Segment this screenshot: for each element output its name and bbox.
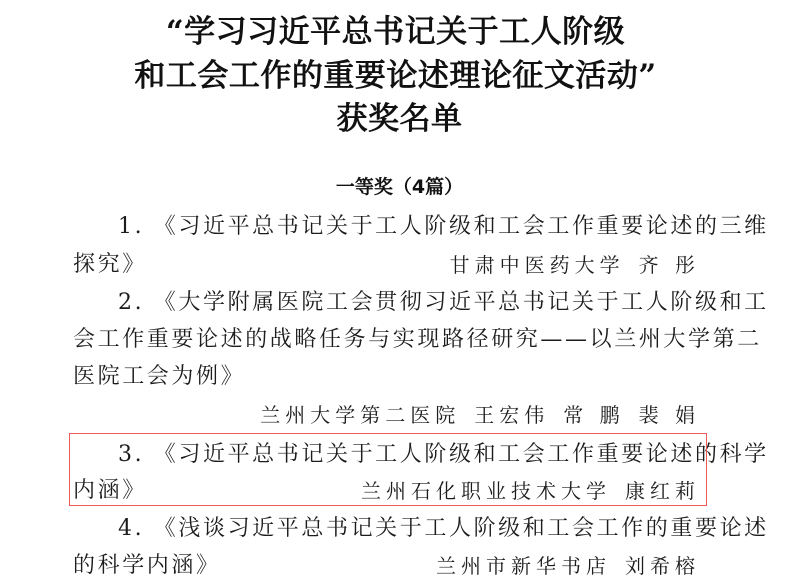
entry-author-line: 兰州大学第二医院王宏伟常 鹏裴 娟 [260,400,700,430]
entry-affiliation: 兰州石化职业技术大学 [361,479,611,503]
entry-title-line: 3. 《习近平总书记关于工人阶级和工会工作重要论述的科学 [118,440,769,470]
entry-author-line: 甘肃中医药大学齐 彤 [450,250,700,280]
entry-title-line: 4. 《浅谈习近平总书记关于工人阶级和工会工作的重要论述 [118,514,769,544]
entry-title-line: 内涵》 [73,476,147,506]
entry-author: 王宏伟 [474,403,549,427]
entry-title-line: 1. 《习近平总书记关于工人阶级和工会工作重要论述的三维 [118,212,769,242]
entry-author: 康红莉 [625,479,700,503]
entry-author: 裴 娟 [639,403,700,427]
entry-title-line: 的科学内涵》 [73,551,221,580]
entry-title-line: 会工作重要论述的战略任务与实现路径研究——以兰州大学第二 [73,325,762,355]
entry-affiliation: 兰州大学第二医院 [260,403,460,427]
section-heading-first-prize: 一等奖（4篇） [0,172,799,202]
entry-affiliation: 甘肃中医药大学 [450,253,625,277]
entry-author-line: 兰州市新华书店刘希榕 [436,551,700,580]
entry-affiliation: 兰州市新华书店 [436,554,611,578]
document-title-line-1: “学习习近平总书记关于工人阶级 [0,14,795,50]
entry-author: 齐 彤 [639,253,700,277]
entry-title-line: 探究》 [73,250,147,280]
entry-author: 刘希榕 [625,554,700,578]
entry-author-line: 兰州石化职业技术大学康红莉 [361,476,700,506]
document-title-line-2: 和工会工作的重要论述理论征文活动” [0,58,795,94]
document-title-line-3: 获奖名单 [0,101,799,137]
entry-title-line: 2. 《大学附属医院工会贯彻习近平总书记关于工人阶级和工 [118,288,769,318]
entry-author: 常 鹏 [563,403,624,427]
entry-title-line: 医院工会为例》 [73,362,245,392]
